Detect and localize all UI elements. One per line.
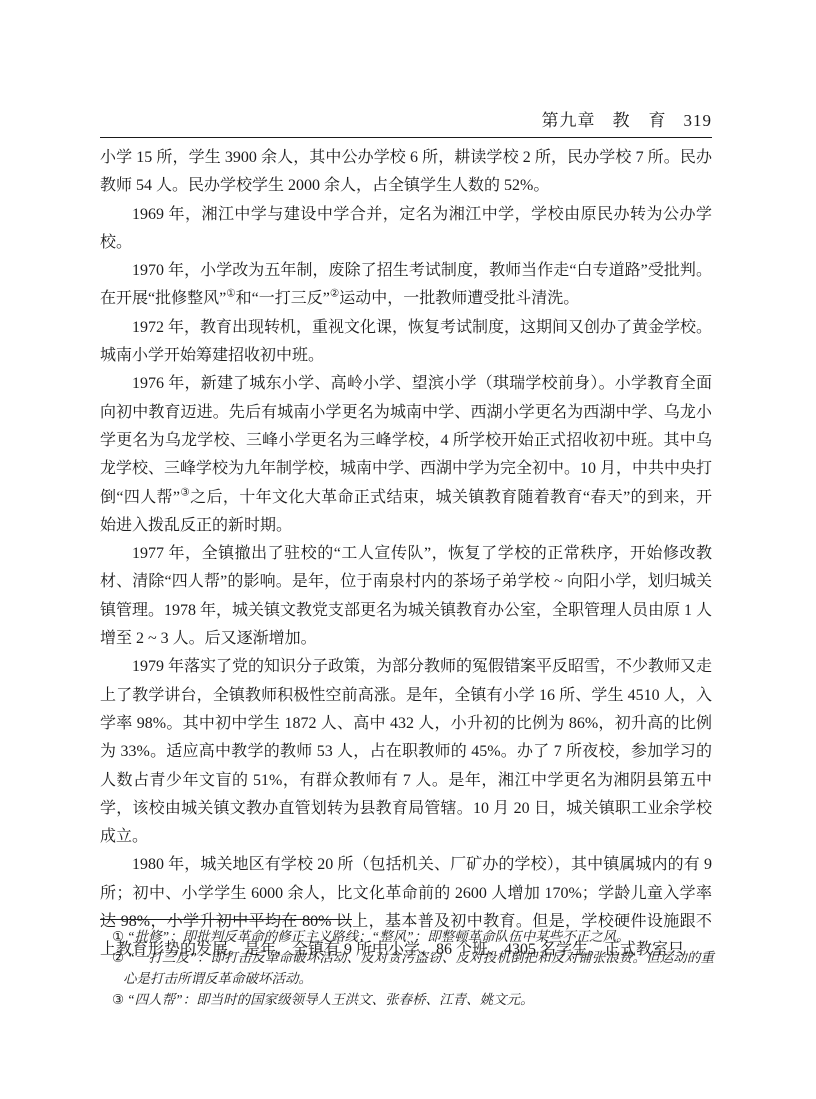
paragraph-1979: 1979 年落实了党的知识分子政策，为部分教师的冤假错案平反昭雪，不少教师又走上… <box>100 653 712 851</box>
footnote-3-text: “四人帮”：即当时的国家级领导人王洪文、张春桥、江青、姚文元。 <box>127 992 534 1007</box>
chapter-title: 第九章 <box>542 106 596 131</box>
running-header: 第九章 教 育 319 <box>100 106 712 138</box>
paragraph-1972: 1972 年，教育出现转机，重视文化课，恢复考试制度，这期间又创办了黄金学校。城… <box>100 314 712 371</box>
footnote-3-marker: ③ <box>112 992 124 1007</box>
body-text: 小学 15 所，学生 3900 余人，其中公办学校 6 所，耕读学校 2 所，民… <box>100 144 712 965</box>
paragraph-1970: 1970 年，小学改为五年制，废除了招生考试制度，教师当作走“白专道路”受批判。… <box>100 257 712 314</box>
paragraph-1976-text: 1976 年，新建了城东小学、高岭小学、望滨小学（琪瑞学校前身）。小学教育全面向… <box>100 375 712 505</box>
paragraph-1976-text: 之后，十年文化大革命正式结束，城关镇教育随着教育“春天”的到来，开始进入拨乱反正… <box>100 489 712 534</box>
footnote-2: ②“一打三反”：即打击反革命破坏活动、反对贪污盗窃、反对投机倒把和反对铺张浪费。… <box>112 947 714 989</box>
paragraph-continuation: 小学 15 所，学生 3900 余人，其中公办学校 6 所，耕读学校 2 所，民… <box>100 144 712 201</box>
footnote-1-text: “批修”：即批判反革命的修正主义路线；“整风”：即整顿革命队伍中某些不正之风。 <box>127 929 630 944</box>
footnote-ref-1: ① <box>226 289 235 300</box>
paragraph-1976: 1976 年，新建了城东小学、高岭小学、望滨小学（琪瑞学校前身）。小学教育全面向… <box>100 370 712 540</box>
footnote-3: ③“四人帮”：即当时的国家级领导人王洪文、张春桥、江青、姚文元。 <box>112 989 714 1010</box>
footnotes-block: ①“批修”：即批判反革命的修正主义路线；“整风”：即整顿革命队伍中某些不正之风。… <box>100 926 714 1010</box>
page-number: 319 <box>684 111 713 131</box>
footnote-1-marker: ① <box>112 929 124 944</box>
footnote-ref-2: ② <box>330 289 339 300</box>
book-page: 第九章 教 育 319 小学 15 所，学生 3900 余人，其中公办学校 6 … <box>0 0 816 1099</box>
footnote-divider <box>100 919 352 920</box>
footnote-ref-3: ③ <box>180 487 190 498</box>
footnote-2-text: “一打三反”：即打击反革命破坏活动、反对贪污盗窃、反对投机倒把和反对铺张浪费。但… <box>123 950 714 986</box>
paragraph-1970-text: 运动中，一批教师遭受批斗清洗。 <box>339 290 579 307</box>
footnote-1: ①“批修”：即批判反革命的修正主义路线；“整风”：即整顿革命队伍中某些不正之风。 <box>112 926 714 947</box>
section-title: 教 育 <box>613 106 667 131</box>
paragraph-1969: 1969 年，湘江中学与建设中学合并，定名为湘江中学，学校由原民办转为公办学校。 <box>100 201 712 258</box>
paragraph-1970-text: 和“一打三反” <box>236 290 330 307</box>
footnote-2-marker: ② <box>112 950 124 965</box>
paragraph-1977: 1977 年，全镇撤出了驻校的“工人宣传队”，恢复了学校的正常秩序，开始修改教材… <box>100 540 712 653</box>
